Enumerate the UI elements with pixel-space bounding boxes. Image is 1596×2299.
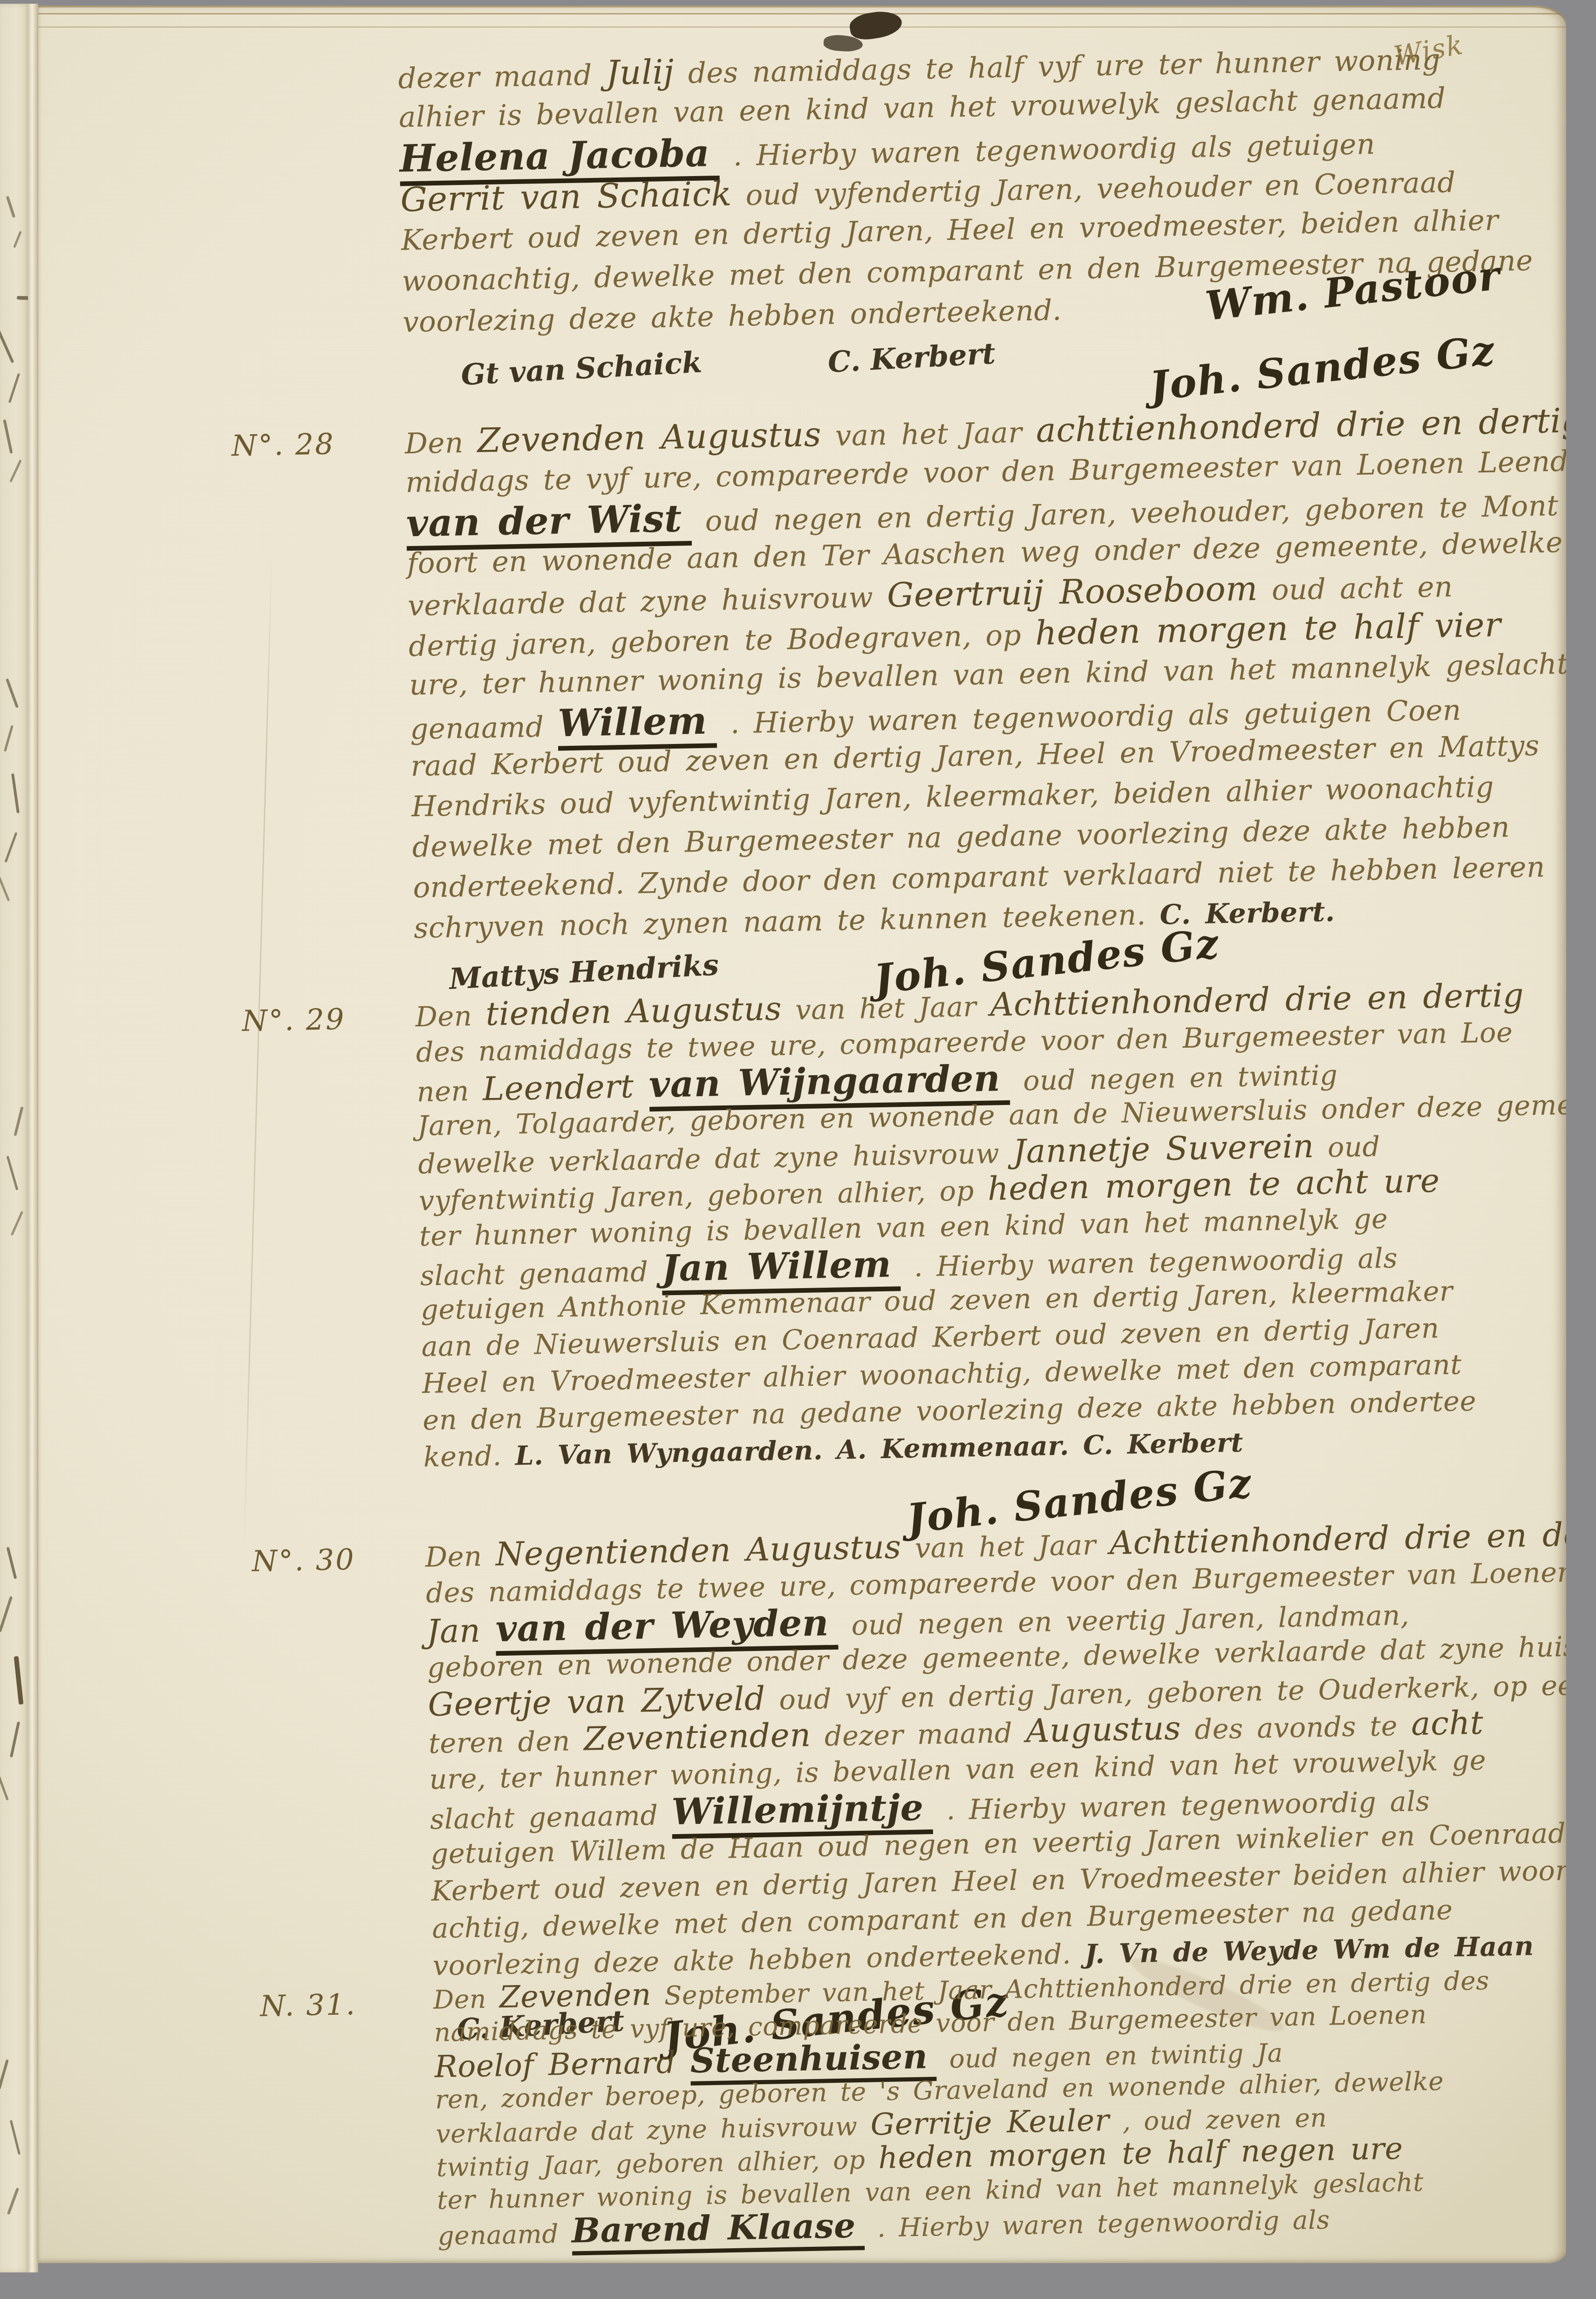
- emphasized-text: Geertruij Rooseboom: [887, 569, 1258, 615]
- manuscript-text: oud: [1314, 1130, 1380, 1164]
- underlined-name: Barend Klaase: [571, 2206, 865, 2256]
- manuscript-text: van het Jaar: [782, 990, 991, 1026]
- emphasized-text: heden morgen te half vier: [1035, 605, 1501, 652]
- emphasized-text: acht: [1411, 1704, 1484, 1743]
- manuscript-text: Den: [415, 999, 486, 1033]
- prev-page-ink-fragment: [11, 773, 20, 813]
- emphasized-text: tienden Augustus: [485, 990, 782, 1033]
- emphasized-text: Leendert: [482, 1067, 649, 1108]
- prev-page-ink-fragment: [14, 1106, 23, 1136]
- scan-backdrop: { "annotation": "Wisk", "entries": [ { "…: [0, 0, 1596, 2299]
- prev-page-ink-fragment: [6, 678, 19, 708]
- emphasized-text: Jannetje Suverein: [1013, 1127, 1315, 1171]
- manuscript-text: slacht genaamd: [430, 1799, 672, 1835]
- emphasized-text: Augustus: [1026, 1709, 1181, 1750]
- emphasized-text: Gerritje Keuler: [870, 2103, 1110, 2142]
- prev-page-ink-fragment: [0, 327, 14, 363]
- prev-page-ink-fragment: [0, 1596, 13, 1632]
- manuscript-text: . Hierby waren tegenwoordig als: [864, 2205, 1330, 2243]
- prev-page-ink-fragment: [0, 1774, 9, 1801]
- manuscript-text: Den: [425, 1540, 496, 1573]
- entry-number: N°. 28: [231, 427, 335, 463]
- manuscript-text: kend.: [423, 1439, 515, 1473]
- manuscript-text: Den: [404, 426, 477, 461]
- manuscript-text: genaamd: [410, 710, 559, 746]
- prev-page-ink-fragment: [7, 1156, 19, 1190]
- signature: Gt van Schaick: [460, 345, 703, 392]
- previous-page-edge: [0, 4, 30, 2272]
- birth-entries: dezer maand Julij des namiddags te half …: [38, 6, 1566, 2263]
- prev-page-ink-fragment: [11, 1211, 23, 1235]
- emphasized-text: Jan: [426, 1611, 496, 1651]
- emphasized-text: Gerrit van Schaick: [400, 174, 732, 219]
- prev-page-ink-fragment: [0, 876, 10, 901]
- prev-page-ink-fragment: [4, 725, 14, 751]
- manuscript-text: genaamd: [437, 2218, 572, 2251]
- prev-page-ink-fragment: [7, 1547, 17, 1579]
- signature: Joh. Sandes Gz: [1147, 327, 1497, 410]
- manuscript-text: slacht genaamd: [420, 1255, 662, 1292]
- birth-entry: N. 31.Den Zevenden September van het Jaa…: [433, 1961, 1566, 2251]
- manuscript-text: teren den: [429, 1725, 584, 1760]
- prev-page-ink-fragment: [3, 419, 13, 454]
- manuscript-text: nen: [416, 1075, 483, 1108]
- prev-page-ink-fragment: [10, 2120, 20, 2155]
- prev-page-ink-fragment: [9, 459, 22, 482]
- prev-page-ink-fragment: [14, 1656, 24, 1705]
- emphasized-text: Zevenden: [499, 1977, 651, 2015]
- birth-entry: dezer maand Julij des namiddags te half …: [398, 35, 1550, 343]
- birth-entry: N°. 28Den Zevenden Augustus van het Jaar…: [404, 401, 1561, 948]
- emphasized-text: Zevenden Augustus: [477, 415, 822, 460]
- emphasized-text: Geertje van Zytveld: [428, 1680, 766, 1724]
- prev-page-ink-fragment: [0, 2059, 9, 2089]
- manuscript-text: oud acht en: [1257, 570, 1453, 607]
- prev-page-ink-fragment: [6, 196, 16, 218]
- signature: Mattys Hendriks: [448, 948, 719, 996]
- emphasized-text: Zeventienden: [583, 1716, 811, 1758]
- manuscript-text: dezer maand: [398, 58, 606, 95]
- prev-page-ink-fragment: [8, 373, 20, 403]
- manuscript-text: Den: [433, 1984, 500, 2015]
- signature: C. Kerbert: [827, 336, 996, 379]
- prev-page-ink-fragment: [13, 231, 22, 248]
- manuscript-text: dezer maand: [811, 1716, 1026, 1752]
- prev-page-ink-fragment: [7, 2188, 19, 2215]
- manuscript-text: , oud zeven en: [1109, 2103, 1327, 2137]
- entry-number: N°. 30: [252, 1542, 355, 1578]
- emphasized-text: Julij: [606, 52, 675, 93]
- birth-entry: N°. 30Den Negentienden Augustus van het …: [425, 1516, 1566, 1985]
- manuscript-text: voorlezing deze akte hebben onderteekend…: [402, 293, 1062, 339]
- manuscript-text: van het Jaar: [901, 1528, 1110, 1564]
- entry-number: N. 31.: [260, 1987, 357, 2023]
- page-binding-fold: [28, 4, 38, 2272]
- prev-page-ink-fragment: [10, 1721, 20, 1758]
- manuscript-text: van het Jaar: [821, 416, 1036, 453]
- manuscript-text: verklaarde dat zyne huisvrouw: [408, 580, 887, 622]
- entry-number: N°. 29: [242, 1002, 346, 1038]
- prev-page-ink-fragment: [5, 832, 18, 863]
- manuscript-text: des avonds te: [1180, 1709, 1411, 1746]
- birth-entry: N°. 29Den tienden Augustus van het Jaar …: [415, 976, 1566, 1475]
- register-page: Wisk dezer maand Julij des namiddags te …: [38, 6, 1566, 2263]
